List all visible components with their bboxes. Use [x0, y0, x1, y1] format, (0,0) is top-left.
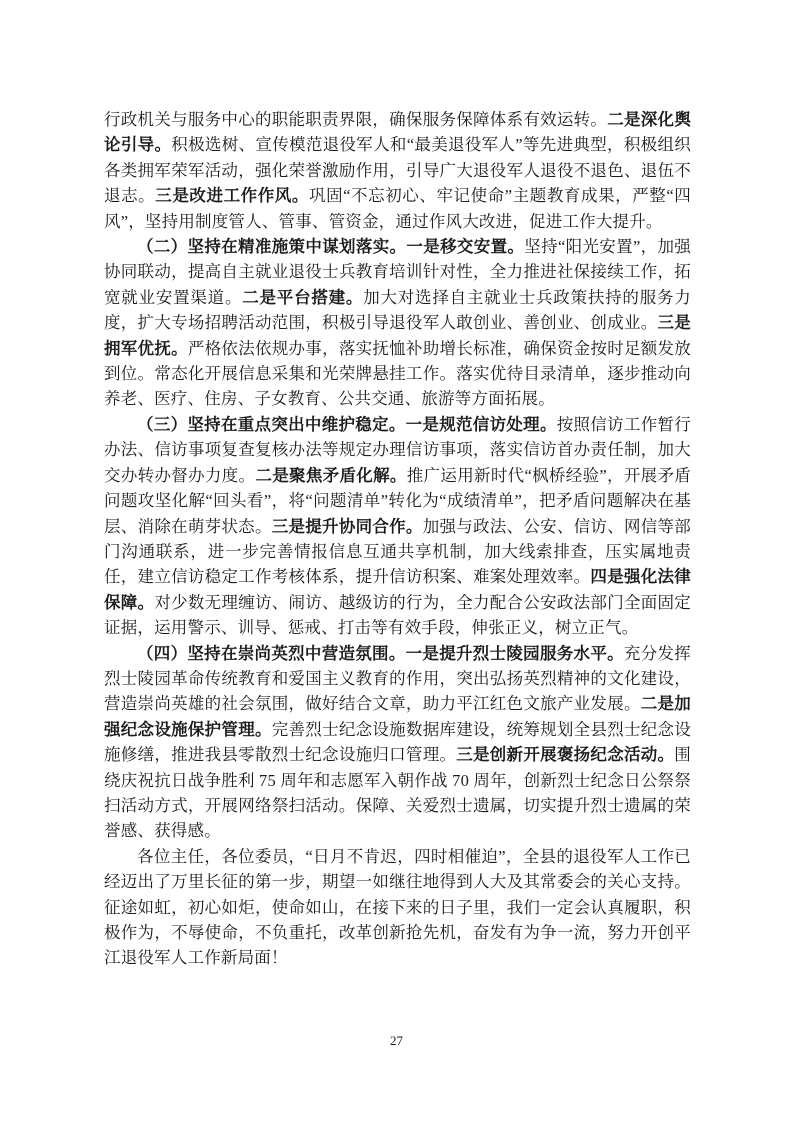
paragraph: 各位主任，各位委员，“日月不肯迟，四时相催迫”，全县的退役军人工作已经迈出了万里… [104, 844, 691, 971]
emphasis-run: （三）坚持在重点突出中维护稳定。一是规范信访处理。 [137, 415, 557, 434]
emphasis-run: （四）坚持在崇尚英烈中营造氛围。一是提升烈士陵园服务水平。 [137, 644, 624, 663]
paragraph: （三）坚持在重点突出中维护稳定。一是规范信访处理。按照信访工作暂行办法、信访事项… [104, 412, 691, 641]
document-page: 行政机关与服务中心的职能职责界限，确保服务保障体系有效运转。二是深化舆论引导。积… [0, 0, 793, 1122]
emphasis-run: 三是创新开展褒扬纪念活动。 [456, 745, 674, 764]
text-run: 行政机关与服务中心的职能职责界限，确保服务保障体系有效运转。 [104, 110, 607, 129]
emphasis-run: 三是改进工作作风。 [155, 186, 309, 205]
page-footer: 27 [0, 1033, 793, 1049]
document-body: 行政机关与服务中心的职能职责界限，确保服务保障体系有效运转。二是深化舆论引导。积… [104, 107, 691, 971]
paragraph: 行政机关与服务中心的职能职责界限，确保服务保障体系有效运转。二是深化舆论引导。积… [104, 107, 691, 234]
text-run: 各位主任，各位委员，“日月不肯迟，四时相催迫”，全县的退役军人工作已经迈出了万里… [104, 847, 691, 968]
page-number: 27 [390, 1033, 403, 1048]
text-run: 严格依法依规办事，落实抚恤补助增长标准，确保资金按时足额发放到位。常态化开展信息… [104, 339, 691, 409]
paragraph: （四）坚持在崇尚英烈中营造氛围。一是提升烈士陵园服务水平。充分发挥烈士陵园革命传… [104, 641, 691, 844]
emphasis-run: 二是平台搭建。 [242, 288, 363, 307]
emphasis-run: 二是聚焦矛盾化解。 [255, 466, 406, 485]
emphasis-run: 三是提升协同合作。 [272, 517, 423, 536]
paragraph: （二）坚持在精准施策中谋划落实。一是移交安置。坚持“阳光安置”，加强协同联动，提… [104, 234, 691, 412]
text-run: 对少数无理缠访、闹访、越级访的行为，全力配合公安政法部门全面固定证据，运用警示、… [104, 593, 691, 637]
emphasis-run: （二）坚持在精准施策中谋划落实。一是移交安置。 [137, 237, 524, 256]
